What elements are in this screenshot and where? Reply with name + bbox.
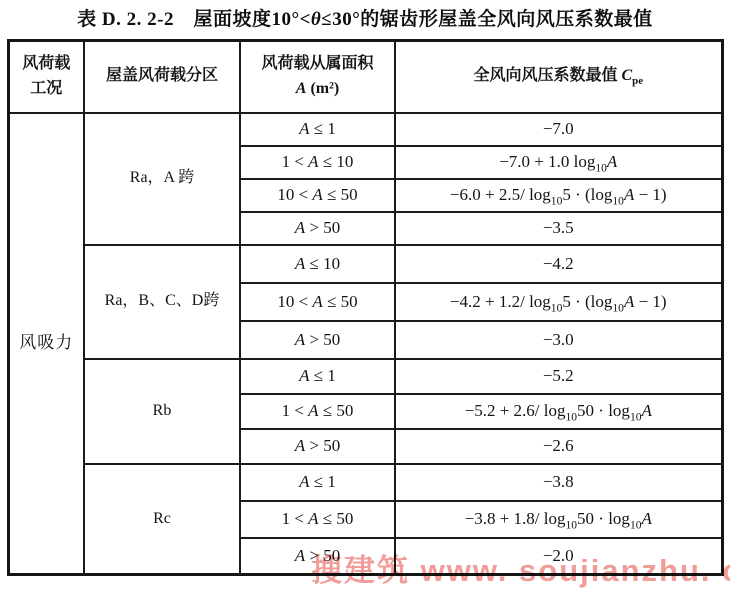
area-condition-cell: A > 50 [240, 212, 395, 245]
coefficient-value-cell: −6.0 + 2.5/ log105 · (log10A − 1) [395, 179, 722, 212]
area-condition-cell: A > 50 [240, 321, 395, 359]
zone-cell: Rc [84, 464, 240, 575]
coefficient-value-cell: −3.5 [395, 212, 722, 245]
coefficient-value-cell: −5.2 [395, 359, 722, 394]
load-case-cell: 风吸力 [8, 113, 84, 575]
area-condition-cell: A ≤ 1 [240, 113, 395, 146]
coefficient-value-cell: −5.2 + 2.6/ log1050 · log10A [395, 394, 722, 429]
header-load-case: 风荷载工况 [8, 41, 84, 113]
watermark: 搜建筑 www. soujianzhu. cn [311, 545, 730, 590]
coefficient-value-cell: −2.6 [395, 429, 722, 464]
coefficient-value-cell: −4.2 + 1.2/ log105 · (log10A − 1) [395, 283, 722, 321]
zone-cell: Rb [84, 359, 240, 464]
area-condition-cell: 10 < A ≤ 50 [240, 283, 395, 321]
wind-pressure-coefficient-table: 风荷载工况 屋盖风荷载分区 风荷载从属面积A (m²) 全风向风压系数最值 Cp… [7, 39, 724, 576]
header-tributary-area: 风荷载从属面积A (m²) [240, 41, 395, 113]
area-condition-cell: 10 < A ≤ 50 [240, 179, 395, 212]
area-condition-cell: A ≤ 1 [240, 359, 395, 394]
area-condition-cell: 1 < A ≤ 50 [240, 394, 395, 429]
zone-cell: Ra，B、C、D跨 [84, 245, 240, 359]
area-condition-cell: A > 50 [240, 429, 395, 464]
zone-cell: Ra，A 跨 [84, 113, 240, 245]
coefficient-value-cell: −3.8 + 1.8/ log1050 · log10A [395, 501, 722, 538]
area-condition-cell: 1 < A ≤ 10 [240, 146, 395, 179]
area-condition-cell: A ≤ 1 [240, 464, 395, 501]
coefficient-value-cell: −4.2 [395, 245, 722, 283]
header-roof-zone: 屋盖风荷载分区 [84, 41, 240, 113]
document-page: 表 D. 2. 2-2 屋面坡度10°<θ≤30°的锯齿形屋盖全风向风压系数最值… [0, 0, 730, 600]
area-condition-cell: 1 < A ≤ 50 [240, 501, 395, 538]
coefficient-value-cell: −3.0 [395, 321, 722, 359]
table-title: 表 D. 2. 2-2 屋面坡度10°<θ≤30°的锯齿形屋盖全风向风压系数最值 [0, 0, 730, 33]
coefficient-value-cell: −7.0 + 1.0 log10A [395, 146, 722, 179]
area-condition-cell: A ≤ 10 [240, 245, 395, 283]
coefficient-value-cell: −7.0 [395, 113, 722, 146]
coefficient-value-cell: −3.8 [395, 464, 722, 501]
header-coefficient: 全风向风压系数最值 Cpe [395, 41, 722, 113]
